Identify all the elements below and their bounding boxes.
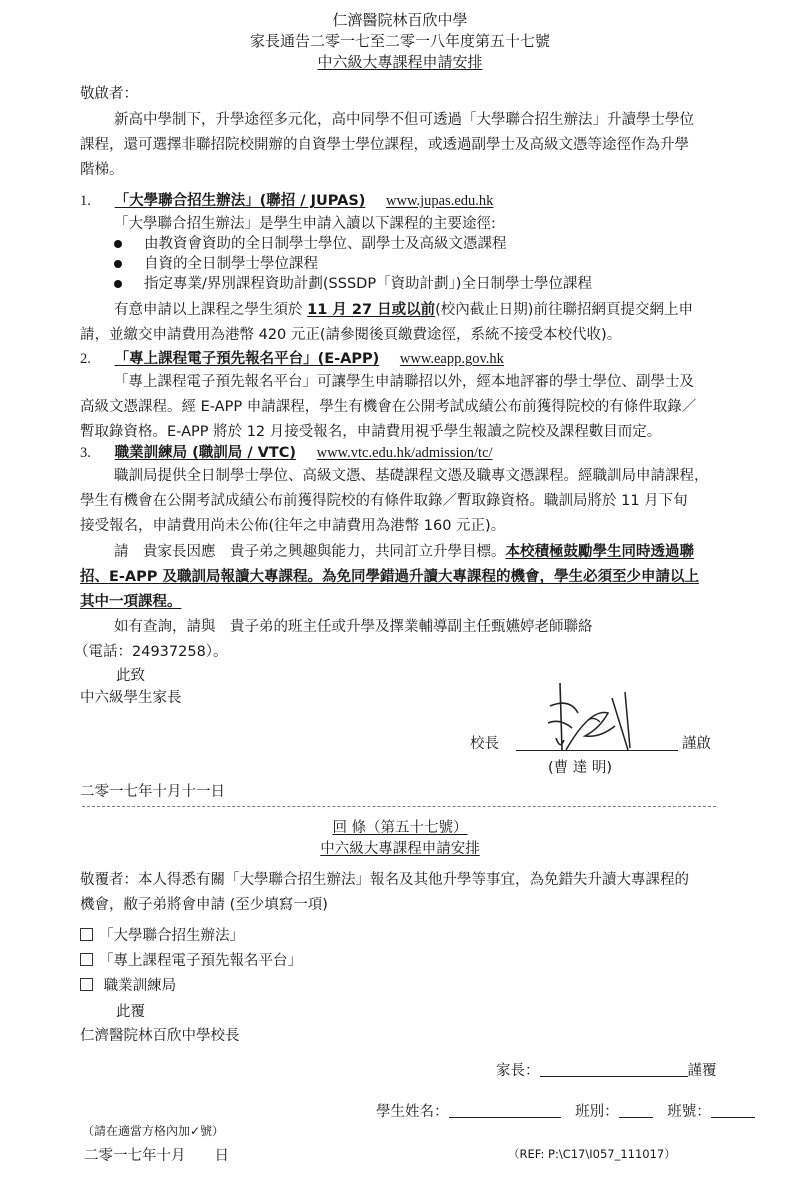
option-jupas[interactable]: 「大學聯合招生辦法」 [80,924,302,949]
bullet-icon [114,260,122,268]
letterhead: 仁濟醫院林百欣中學 家長通告二零一七至二零一八年度第五十七號 中六級大專課程申請… [0,10,800,73]
checkbox-jupas[interactable] [80,928,93,941]
student-name-blank[interactable] [449,1103,561,1118]
intro-paragraph: 新高中學制下，升學途徑多元化，高中同學不但可透過「大學聯合招生辦法」升讀學士學位… [80,108,740,183]
reply-subtitle: 中六級大專課程申請安排 [320,841,480,857]
vtc-link[interactable]: www.vtc.edu.hk/admission/tc/ [317,445,493,461]
section-title: 職業訓練局 (職訓局 / VTC) [115,445,296,461]
appeal-paragraph: 請 貴家長因應 貴子弟之興趣與能力，共同訂立升學目標。本校積極鼓勵學生同時透過聯… [80,540,760,615]
reference-code: （REF: P:\C17\I057_111017） [508,1146,676,1162]
parent-signature-field[interactable]: 家長：謹覆 [496,1059,717,1080]
list-item: 指定專業/界別課程資助計劃(SSSDP「資助計劃」)全日制學士學位課程 [114,274,760,294]
bullet-icon [114,280,122,288]
section-eapp: 2. 「專上課程電子預先報名平台」(E-APP) www.eapp.gov.hk… [80,348,760,445]
principal-label: 校長 [470,732,499,753]
option-eapp[interactable]: 「專上課程電子預先報名平台」 [80,949,302,974]
class-number-blank[interactable] [711,1103,755,1118]
school-name: 仁濟醫院林百欣中學 [0,10,800,31]
reply-title: 回 條（第五十七號） [332,820,467,836]
notice-number: 家長通告二零一七至二零一八年度第五十七號 [0,31,800,52]
list-item: 自資的全日制學士學位課程 [114,254,760,274]
ci-zhi: 此致 [116,664,145,685]
student-info-fields: 學生姓名： 班別： 班號： [376,1100,755,1121]
reply-date: 二零一七年十月 日 [84,1144,229,1165]
section-title: 「專上課程電子預先報名平台」(E-APP) [115,351,380,367]
addressee: 中六級學生家長 [80,686,182,707]
principal-name: (曹 達 明) [548,756,612,777]
checkbox-vtc[interactable] [80,978,93,991]
checkbox-eapp[interactable] [80,953,93,966]
reply-body: 敬覆者：本人得悉有關「大學聯合招生辦法」報名及其他升學等事宜，為免錯失升讀大專課… [80,868,760,918]
jupas-link[interactable]: www.jupas.edu.hk [386,193,493,209]
section-title: 「大學聯合招生辦法」(聯招 / JUPAS) [115,193,366,209]
parent-signature-blank[interactable] [540,1062,688,1077]
ci-fu: 此覆 [116,1000,145,1021]
bullet-icon [114,240,122,248]
signature-icon [530,678,650,756]
tear-off-divider [82,806,716,807]
enquiry-paragraph: 如有查詢，請與 貴子弟的班主任或升學及擇業輔導副主任甄嬿婷老師聯絡 （電話：24… [80,615,760,665]
reply-options: 「大學聯合招生辦法」 「專上課程電子預先報名平台」 職業訓練局 [80,924,302,999]
deadline: 11 月 27 日或以前 [307,302,435,318]
reply-slip-header: 回 條（第五十七號） 中六級大專課程申請安排 [0,818,800,860]
reply-addressee: 仁濟醫院林百欣中學校長 [80,1024,240,1045]
notice-date: 二零一七年十月十一日 [80,780,225,801]
section-vtc: 3. 職業訓練局 (職訓局 / VTC) www.vtc.edu.hk/admi… [80,442,760,539]
tick-instruction: （請在適當方格內加✓號） [82,1122,224,1139]
list-item: 由教資會資助的全日制學士學位、副學士及高級文憑課程 [114,234,760,254]
eapp-link[interactable]: www.eapp.gov.hk [400,351,504,367]
section-jupas: 1. 「大學聯合招生辦法」(聯招 / JUPAS) www.jupas.edu.… [80,190,760,348]
option-vtc[interactable]: 職業訓練局 [80,974,302,999]
class-blank[interactable] [619,1103,653,1118]
notice-subject: 中六級大專課程申請安排 [317,53,482,71]
salutation: 敬啟者： [80,82,138,103]
principal-suffix: 謹啟 [682,732,711,753]
